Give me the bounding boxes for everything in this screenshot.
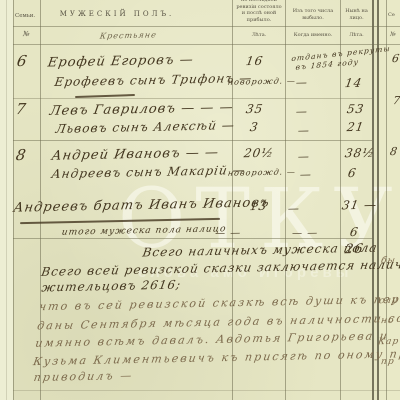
col-subheader-when: Когда именно. — [286, 32, 340, 38]
age-last-revision: 13 — [249, 199, 269, 213]
ink-flourish — [20, 218, 220, 224]
attestation-line: приводилъ — — [33, 369, 134, 384]
age-last-revision: 3 — [249, 120, 260, 134]
person-name: Львовъ сынъ Алексѣй — — [55, 118, 236, 136]
family-number: 6 — [16, 52, 29, 70]
next-page-number-header: № — [390, 31, 396, 38]
person-name: Левъ Гавриловъ — — — — [49, 100, 235, 119]
person-name: Ерофеевъ сынъ Трифонъ — — [54, 71, 254, 89]
col-subheader-years-right: Лѣта. — [341, 32, 372, 38]
subtotal-dashes: — — — [291, 228, 319, 240]
next-page-family-number: 7 — [392, 94, 400, 107]
attestation-line: Кузьма Климентьевичъ къ присягѣ по оному… — [32, 347, 400, 368]
family-number: 8 — [15, 146, 28, 164]
age-now: 14 — [344, 76, 364, 90]
age-last-revision: 35 — [245, 102, 265, 116]
age-now: 21 — [346, 120, 366, 134]
col-header-last-revision: по послѣдней ревизіи состояло и послѣ он… — [233, 0, 285, 23]
col-header-male-sex: МУЖЕСКІЙ ПОЛЪ. — [42, 10, 192, 18]
departed-dash: — — [297, 150, 311, 163]
age-now: 31 — — [341, 198, 378, 213]
age-last-revision: 20½ — [243, 146, 275, 161]
departed-dash: — — [287, 202, 301, 215]
table-rule-h — [13, 26, 400, 27]
summary-line: Всего всей ревизской сказки заключается … — [40, 257, 400, 279]
age-last-revision: новорожд. — — [227, 76, 296, 86]
table-rule-h — [13, 238, 372, 239]
age-last-revision: 16 — [245, 54, 265, 68]
subtotal-value: 6 — [349, 225, 360, 239]
attestation-line: даны Сентября мѣсяца года въ наличности … — [36, 311, 400, 333]
col-header-present: Нынѣ на лицо. — [341, 8, 372, 22]
departed-dash: — — [295, 105, 309, 118]
attestation-line: имянно всѣмъ давалъ. Авдотья Григорьева … — [34, 329, 390, 349]
col-subheader-number: № — [23, 30, 30, 38]
age-last-revision: новорожд. — — [227, 167, 296, 177]
departed-dash: — — [295, 76, 309, 89]
summary-line: жительцовъ 2616; — [41, 278, 183, 295]
table-rule-h — [13, 44, 400, 45]
departed-dash: — — [297, 124, 311, 137]
total-value: 26 — [344, 242, 365, 257]
next-page-family-number: 6 — [391, 52, 400, 65]
col-header-departed: Изъ того числа выбыло. — [286, 8, 340, 22]
subtotal-label: итого мужеска пола налицо — [61, 224, 227, 237]
table-rule-h — [13, 140, 372, 141]
age-now: 53 — [346, 102, 366, 116]
table-rule-h — [13, 390, 400, 391]
family-number: 7 — [15, 100, 28, 118]
person-name: Ерофей Егоровъ — — [47, 52, 195, 70]
person-name: Андрей Ивановъ — — — [51, 145, 221, 163]
age-now: 6 — [347, 166, 358, 180]
subtotal-dashes: — — — [214, 228, 242, 240]
departed-dash: — — [299, 168, 313, 181]
revision-list-scan: ОТКУ елова амо Игоревы Семьи. МУЖЕСКІЙ П… — [0, 0, 400, 400]
person-name: Андреевъ сынъ Макарій — — [51, 163, 247, 181]
age-now: 38½ — [344, 146, 376, 161]
category-handwritten: Крестьяне — [99, 30, 157, 40]
next-page-family-header: Се — [388, 12, 395, 18]
col-subheader-years-left: Лѣта. — [233, 32, 285, 38]
attestation-line: что въ сей ревизской сказкѣ всѣ души къ … — [38, 292, 400, 313]
table-rule-v — [6, 0, 7, 400]
table-rule-h — [13, 98, 372, 99]
col-header-family: Семьи. — [15, 13, 35, 19]
